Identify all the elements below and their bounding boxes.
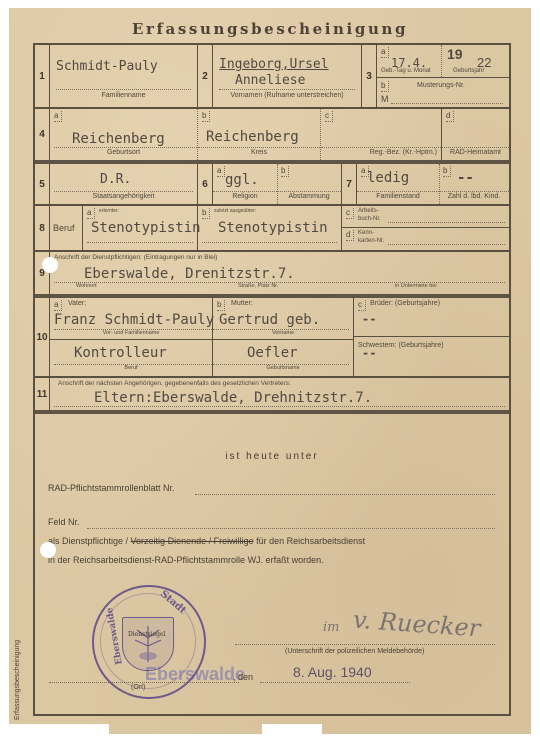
- official-stamp: Dienstsiegel Stadt Eberswalde: [92, 585, 206, 699]
- dotted-line: [198, 147, 320, 148]
- workbook-label: Arbeits-buch-Nr.: [358, 207, 386, 223]
- learned-job-value[interactable]: Stenotypistin: [91, 220, 201, 236]
- mother-caption: Mutter:: [231, 300, 253, 307]
- surname-label: Familienname: [50, 92, 197, 99]
- feld-number-field[interactable]: [87, 528, 495, 529]
- muster-label: Musterungs-Nr.: [417, 82, 465, 89]
- signature-line: [235, 644, 495, 645]
- dotted-line: [202, 242, 337, 243]
- learned-job-cell: a erlernter: Stenotypistin: [83, 206, 198, 250]
- family-status-subcell: a ledig Familienstand: [357, 164, 440, 204]
- letter-b: b: [281, 166, 289, 177]
- last-job-cell: b zuletzt ausgeübter: Stenotypistin: [198, 206, 342, 250]
- dotted-line: [56, 89, 191, 90]
- dotted-line: [54, 282, 505, 283]
- address-label-subtenant: in Untermiete bei: [395, 283, 437, 289]
- children-value[interactable]: --: [457, 170, 474, 186]
- father-job[interactable]: Kontrolleur: [74, 345, 167, 361]
- signature-label: (Unterschrift der polizeilichen Meldebeh…: [285, 648, 424, 655]
- side-form-label: Erfassungsbescheinigung: [14, 640, 21, 720]
- field-number-2: 2: [198, 45, 213, 107]
- mother-birth-name[interactable]: Oefler: [247, 345, 298, 361]
- relatives-address-cell: Anschrift der nächsten Angehörigen, gege…: [50, 378, 509, 410]
- dotted-line: [87, 242, 193, 243]
- letter-b: b: [381, 81, 389, 92]
- id-card-label: Kenn-karten-Nr.: [358, 229, 386, 245]
- torn-edge: [262, 724, 322, 738]
- last-job-value[interactable]: Stenotypistin: [218, 220, 328, 236]
- form-grid: 1 Schmidt-Pauly Familienname 2 Ingeborg,…: [33, 43, 511, 414]
- address-label-wohnort: Wohnort: [76, 283, 97, 289]
- field-number-1: 1: [35, 45, 50, 107]
- sisters-value[interactable]: --: [362, 346, 376, 360]
- dotted-line: [391, 103, 503, 104]
- feld-label: Feld Nr.: [48, 517, 80, 527]
- mother-name-label: Vorname: [213, 330, 353, 336]
- letter-a: a: [381, 47, 389, 58]
- address-cell: Anschrift der Dienstpflichtigen: (Eintra…: [50, 252, 509, 294]
- family-status-label: Familienstand: [357, 193, 439, 200]
- religion-subcell: a ggl. Religion: [213, 164, 278, 204]
- dotted-line: [388, 244, 505, 245]
- learned-job-caption: erlernter:: [99, 208, 119, 214]
- religion-label: Religion: [213, 193, 277, 200]
- religion-cell: a ggl. Religion b Abstammung: [213, 164, 342, 204]
- field-number-4: 4: [35, 109, 50, 160]
- abstammung-subcell: b Abstammung: [277, 164, 341, 204]
- citizenship-cell: D.R. Staatsangehörigkeit: [50, 164, 198, 204]
- surname-value[interactable]: Schmidt-Pauly: [56, 59, 158, 74]
- date-stamp: 8. Aug. 1940: [293, 664, 372, 680]
- field-number-6: 6: [198, 164, 213, 204]
- siblings-cell: c Brüder: (Geburtsjahre) -- Schwestern: …: [354, 298, 509, 376]
- seal-label: Dienstsiegel: [128, 631, 166, 638]
- birth-day-month-label: Geb.-Tag u. Monat: [381, 68, 431, 74]
- father-caption: Vater:: [68, 300, 86, 307]
- address-label-street: Straße, Platz Nr.: [238, 283, 278, 289]
- last-job-caption: zuletzt ausgeübter:: [214, 208, 256, 214]
- field-number-5: 5: [35, 164, 50, 204]
- letter-a: a: [54, 111, 62, 122]
- mother-birth-name-label: Geburtsname: [213, 365, 353, 371]
- punch-hole: [40, 542, 56, 558]
- relatives-caption: Anschrift der nächsten Angehörigen, gege…: [58, 380, 291, 387]
- dotted-line: [321, 147, 441, 148]
- dotted-line: [213, 191, 277, 192]
- row-10: 10 a Vater: Franz Schmidt-Pauly Vor- und…: [35, 298, 509, 378]
- birth-century: 19: [447, 46, 463, 62]
- dotted-line: [219, 89, 355, 90]
- given-names-line2[interactable]: Anneliese: [235, 73, 305, 88]
- field-number-3: 3: [362, 45, 377, 107]
- kreis-label: Kreis: [198, 149, 320, 156]
- birth-muster-cell: a 17.4. Geb.-Tag u. Monat 19 22 Geburtsj…: [377, 45, 509, 107]
- row-11: 11 Anschrift der nächsten Angehörigen, g…: [35, 378, 509, 414]
- divider: [354, 336, 509, 337]
- row-8: 8 Beruf a erlernter: Stenotypistin b zul…: [35, 206, 509, 252]
- address-value[interactable]: Eberswalde, Drenitzstr.7.: [84, 266, 295, 282]
- abstammung-label: Abstammung: [277, 193, 341, 200]
- signature: v. Ruecker: [352, 606, 481, 643]
- birthplace-value[interactable]: Reichenberg: [72, 131, 165, 147]
- document-title: Erfassungsbescheinigung: [0, 20, 540, 38]
- letter-c: c: [358, 300, 366, 311]
- status-suffix: für den Reichsarbeitsdienst: [254, 536, 366, 546]
- signature-prefix: im: [323, 620, 340, 635]
- kreis-cell: b Reichenberg Kreis: [197, 109, 320, 160]
- citizenship-value[interactable]: D.R.: [100, 172, 131, 187]
- id-card-subcell: d Kenn-karten-Nr.: [342, 228, 509, 250]
- workbook-subcell: c Arbeits-buch-Nr.: [342, 206, 509, 228]
- beruf-label-cell: Beruf: [50, 206, 83, 250]
- field-number-7: 7: [342, 164, 357, 204]
- letter-b: b: [443, 166, 451, 177]
- status-prefix: als Dienstpflichtige /: [48, 536, 131, 546]
- letter-c: c: [325, 111, 333, 122]
- children-subcell: b -- Zahl d. lbd. Kind.: [439, 164, 509, 204]
- letter-d: d: [346, 230, 354, 241]
- father-name-label: Vor- und Familienname: [50, 330, 212, 336]
- mother-name[interactable]: Gertrud geb.: [219, 312, 320, 328]
- coat-of-arms-icon: [122, 617, 174, 671]
- beruf-label: Beruf: [53, 223, 75, 233]
- birthplace-label: Geburtsort: [50, 149, 197, 156]
- divider: [50, 339, 212, 340]
- relatives-value[interactable]: Eltern:Eberswalde, Drehnitzstr.7.: [94, 390, 372, 406]
- rad-number-field[interactable]: [195, 494, 495, 495]
- tree-deer-emblem: [123, 618, 173, 670]
- row-9: 9 Anschrift der Dienstpflichtigen: (Eint…: [35, 252, 509, 298]
- rad-label: RAD-Pflichtstammrollenblatt Nr.: [48, 483, 175, 493]
- father-cell: a Vater: Franz Schmidt-Pauly Vor- und Fa…: [50, 298, 213, 376]
- rad-heimatamt-cell: d RAD-Heimatamt: [442, 109, 509, 160]
- birthplace-cell: a Reichenberg Geburtsort: [50, 109, 197, 160]
- brothers-value[interactable]: --: [362, 312, 376, 326]
- letter-b: b: [202, 208, 210, 219]
- muster-value[interactable]: M: [381, 94, 389, 104]
- brothers-label: Brüder: (Geburtsjahre): [370, 300, 440, 307]
- registration-heading: ist heute unter: [35, 451, 509, 462]
- citizenship-label: Staatsangehörigkeit: [50, 193, 197, 200]
- den-label: , den: [233, 672, 253, 682]
- kreis-value[interactable]: Reichenberg: [206, 129, 299, 145]
- dotted-line: [54, 191, 193, 192]
- letter-a: a: [87, 208, 95, 219]
- address-caption: Anschrift der Dienstpflichtigen: (Eintra…: [54, 254, 217, 261]
- divider: [213, 339, 353, 340]
- reg-bez-cell: c Reg.-Bez. (Kr.-Hptm.): [320, 109, 442, 160]
- row-5-7: 5 D.R. Staatsangehörigkeit 6 a ggl. Reli…: [35, 164, 509, 206]
- dotted-line: [54, 147, 197, 148]
- divider: [441, 45, 442, 77]
- field-number-8: 8: [35, 206, 50, 250]
- given-names-label: Vornamen (Rufname unterstreichen): [213, 92, 361, 99]
- birth-date-subcell: a 17.4. Geb.-Tag u. Monat 19 22 Geburtsj…: [377, 45, 509, 78]
- family-status-cell: a ledig Familienstand b -- Zahl d. lbd. …: [357, 164, 509, 204]
- workbook-cell: c Arbeits-buch-Nr. d Kenn-karten-Nr.: [342, 206, 509, 250]
- dotted-line: [439, 191, 509, 192]
- mother-cell: b Mutter: Gertrud geb. Vorname Oefler Ge…: [213, 298, 354, 376]
- family-status-value[interactable]: ledig: [367, 170, 409, 186]
- religion-value[interactable]: ggl.: [225, 172, 259, 188]
- status-line-1: als Dienstpflichtige / Vorzeitig Dienend…: [48, 536, 365, 546]
- father-job-label: Beruf: [50, 365, 212, 371]
- birth-year-label: Geburtsjahr: [453, 68, 484, 74]
- reg-bez-label: Reg.-Bez. (Kr.-Hptm.): [370, 149, 437, 156]
- given-names-line1[interactable]: Ingeborg,Ursel: [219, 57, 329, 72]
- dotted-line: [388, 222, 505, 223]
- dotted-line: [357, 191, 439, 192]
- given-names-cell: Ingeborg,Ursel Anneliese Vornamen (Rufna…: [213, 45, 362, 107]
- father-name[interactable]: Franz Schmidt-Pauly: [54, 312, 214, 328]
- surname-cell: Schmidt-Pauly Familienname: [50, 45, 198, 107]
- letter-a: a: [54, 300, 62, 311]
- field-number-11: 11: [35, 378, 50, 410]
- date-line: [260, 682, 410, 683]
- dotted-line: [54, 406, 505, 407]
- letter-d: d: [446, 111, 454, 122]
- status-struck: Vorzeitig Dienende / Freiwillige: [131, 536, 254, 546]
- letter-c: c: [346, 208, 354, 219]
- row-4: 4 a Reichenberg Geburtsort b Reichenberg…: [35, 109, 509, 164]
- dotted-line: [442, 147, 509, 148]
- row-1-3: 1 Schmidt-Pauly Familienname 2 Ingeborg,…: [35, 45, 509, 109]
- letter-b: b: [202, 111, 210, 122]
- field-number-10: 10: [35, 298, 50, 376]
- children-label: Zahl d. lbd. Kind.: [439, 193, 509, 200]
- punch-hole: [42, 257, 58, 273]
- letter-b: b: [217, 300, 225, 311]
- rad-heimatamt-label: RAD-Heimatamt: [442, 149, 509, 156]
- status-line-2: in der Reichsarbeitsdienst-RAD-Pflichtst…: [48, 555, 324, 565]
- dotted-line: [277, 191, 341, 192]
- torn-edge: [9, 724, 109, 738]
